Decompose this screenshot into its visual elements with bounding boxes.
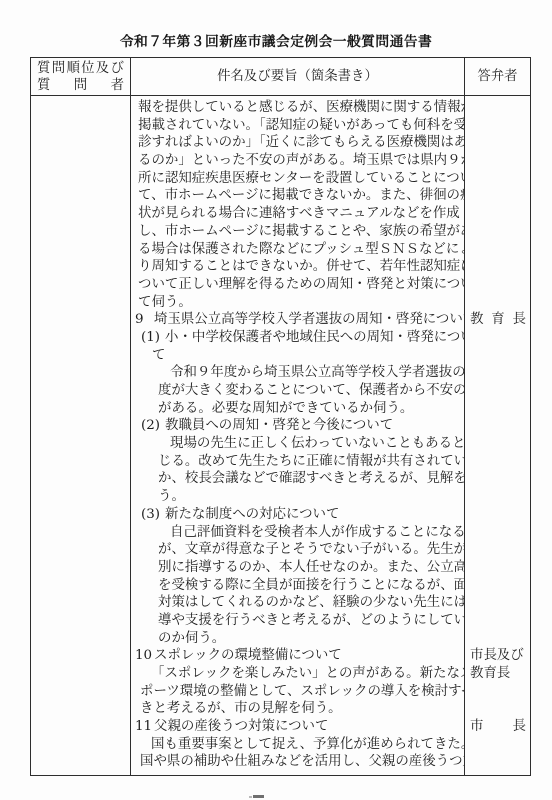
respondent-empty-line xyxy=(470,577,526,595)
item-title: 教職員への周知・啓発と今後について xyxy=(165,418,393,433)
item-line: (1)小・中学校保護者や地域住民への周知・啓発につい xyxy=(135,329,461,347)
respondent-empty-line xyxy=(470,117,526,135)
respondent-empty-line xyxy=(470,258,526,276)
item-number: (3) xyxy=(141,506,165,524)
content-line: り周知することはできないか。併せて、若年性認知症に xyxy=(135,258,461,276)
content-line: 国や県の補助や仕組みなどを活用し、父親の産後うつ対 xyxy=(135,753,461,771)
notice-table: 質問順位及び 質問者 件名及び要旨（箇条書き） 答弁者 報を提供していると感じる… xyxy=(30,57,531,776)
item-number: 11 xyxy=(135,718,154,736)
respondent-empty-line xyxy=(470,294,526,312)
item-title: 父親の産後うつ対策について xyxy=(154,719,328,734)
respondent-empty-line xyxy=(470,435,526,453)
content-line: 別に指導するのか、本人任せなのか。また、公立高校 xyxy=(135,559,461,577)
content-line: て、市ホームページに掲載できないか。また、徘徊の症 xyxy=(135,187,461,205)
respondent-empty-line xyxy=(470,364,526,382)
content-line: る場合は保護された際などにプッシュ型ＳＮＳなどによ xyxy=(135,241,461,259)
respondent-empty-line xyxy=(470,134,526,152)
header-question-order: 質問順位及び 質問者 xyxy=(31,58,131,96)
respondent-empty-line xyxy=(470,506,526,524)
respondent-empty-line xyxy=(470,488,526,506)
content-line: 報を提供していると感じるが、医療機関に関する情報が xyxy=(135,99,461,117)
respondent-empty-line xyxy=(470,170,526,188)
header-respondent: 答弁者 xyxy=(465,58,530,96)
content-line: ついて正しい理解を得るための周知・啓発と対策につい xyxy=(135,276,461,294)
content-line: がある。必要な周知ができているか伺う。 xyxy=(135,400,461,418)
respondent-empty-line xyxy=(470,400,526,418)
respondent-label: 教育長 xyxy=(470,665,526,683)
respondent-empty-line xyxy=(470,683,526,701)
content-line: 現場の先生に正しく伝わっていないこともあると感 xyxy=(135,435,461,453)
content-line: 国も重要事案として捉え、予算化が進められてきた。 xyxy=(135,736,461,754)
subject-cell: 報を提供していると感じるが、医療機関に関する情報が掲載されていない。「認知症の疑… xyxy=(131,96,465,775)
content-line: 度が大きく変わることについて、保護者から不安の声 xyxy=(135,382,461,400)
content-line: 対策はしてくれるのかなど、経験の少ない先生には指 xyxy=(135,594,461,612)
respondent-empty-line xyxy=(470,736,526,754)
respondent-empty-line xyxy=(470,612,526,630)
respondent-empty-line xyxy=(470,753,526,771)
content-line: て伺う。 xyxy=(135,294,461,312)
respondent-empty-line xyxy=(470,559,526,577)
content-line: て xyxy=(135,347,461,365)
respondent-empty-line xyxy=(470,329,526,347)
item-line: 11父親の産後うつ対策について xyxy=(135,718,461,736)
document-page: 令和７年第３回新座市議会定例会一般質問通告書 質問順位及び 質問者 件名及び要旨… xyxy=(0,0,552,800)
item-title: スポレックの環境整備について xyxy=(154,648,342,663)
content-line: し、市ホームページに掲載することや、家族の希望があ xyxy=(135,223,461,241)
header-question-order-line1: 質問順位及び xyxy=(37,60,124,77)
content-line: う。 xyxy=(135,488,461,506)
content-line: を受検する際に全員が面接を行うことになるが、面接 xyxy=(135,577,461,595)
item-title: 小・中学校保護者や地域住民への周知・啓発につい xyxy=(165,330,465,345)
respondent-empty-line xyxy=(470,187,526,205)
content-line: きと考えるが、市の見解を伺う。 xyxy=(135,700,461,718)
page-number-fragment xyxy=(249,793,267,799)
respondent-label: 市長及び xyxy=(470,647,526,665)
content-line: 令和９年度から埼玉県公立高等学校入学者選抜の制 xyxy=(135,364,461,382)
table-body-row: 報を提供していると感じるが、医療機関に関する情報が掲載されていない。「認知症の疑… xyxy=(31,96,530,775)
item-number: 10 xyxy=(135,647,154,665)
item-line: 10スポレックの環境整備について xyxy=(135,647,461,665)
item-number: (1) xyxy=(141,329,165,347)
respondent-empty-line xyxy=(470,276,526,294)
content-line: が、文章が得意な子とそうでない子がいる。先生が個 xyxy=(135,541,461,559)
table-header-row: 質問順位及び 質問者 件名及び要旨（箇条書き） 答弁者 xyxy=(31,58,530,96)
content-line: 導や支援を行うべきと考えるが、どのようにしていく xyxy=(135,612,461,630)
content-line: ポーツ環境の整備として、スポレックの導入を検討すべ xyxy=(135,683,461,701)
content-line: 状が見られる場合に連絡すべきマニュアルなどを作成 xyxy=(135,205,461,223)
document-title: 令和７年第３回新座市議会定例会一般質問通告書 xyxy=(0,30,552,50)
respondent-empty-line xyxy=(470,347,526,365)
respondent-empty-line xyxy=(470,594,526,612)
header-questioner-line2: 質問者 xyxy=(37,77,124,94)
content-line: 「スポレックを楽しみたい」との声がある。新たなス xyxy=(135,665,461,683)
respondent-empty-line xyxy=(470,524,526,542)
content-line: じる。改めて先生たちに正確に情報が共有されている xyxy=(135,453,461,471)
content-line: るのか」といった不安の声がある。埼玉県では県内９か xyxy=(135,152,461,170)
content-line: 所に認知症疾患医療センターを設置していることについ xyxy=(135,170,461,188)
item-title: 新たな制度への対応について xyxy=(165,507,339,522)
question-order-cell xyxy=(31,96,131,775)
respondent-empty-line xyxy=(470,453,526,471)
respondent-empty-line xyxy=(470,700,526,718)
respondent-empty-line xyxy=(470,417,526,435)
content-line: か、校長会議などで確認すべきと考えるが、見解を伺 xyxy=(135,470,461,488)
respondent-empty-line xyxy=(470,241,526,259)
item-line: (3)新たな制度への対応について xyxy=(135,506,461,524)
item-line: (2)教職員への周知・啓発と今後について xyxy=(135,417,461,435)
respondent-empty-line xyxy=(470,152,526,170)
respondent-empty-line xyxy=(470,630,526,648)
respondent-label: 教育長 xyxy=(470,311,526,329)
item-title: 埼玉県公立高等学校入学者選抜の周知・啓発について xyxy=(154,312,465,327)
item-number: (2) xyxy=(141,417,165,435)
respondent-empty-line xyxy=(470,223,526,241)
respondent-label: 市長 xyxy=(470,718,526,736)
respondent-empty-line xyxy=(470,382,526,400)
header-subject: 件名及び要旨（箇条書き） xyxy=(131,58,465,96)
item-line: 9埼玉県公立高等学校入学者選抜の周知・啓発について xyxy=(135,311,461,329)
respondent-empty-line xyxy=(470,205,526,223)
content-line: 診すればよいのか」「近くに診てもらえる医療機関はあ xyxy=(135,134,461,152)
item-number: 9 xyxy=(135,311,154,329)
respondent-empty-line xyxy=(470,99,526,117)
content-line: のか伺う。 xyxy=(135,630,461,648)
respondent-empty-line xyxy=(470,470,526,488)
respondent-cell: 教育長市長及び教育長市長 xyxy=(465,96,530,775)
respondent-empty-line xyxy=(470,541,526,559)
content-line: 自己評価資料を受検者本人が作成することになる xyxy=(135,524,461,542)
content-line: 掲載されていない。「認知症の疑いがあっても何科を受 xyxy=(135,117,461,135)
